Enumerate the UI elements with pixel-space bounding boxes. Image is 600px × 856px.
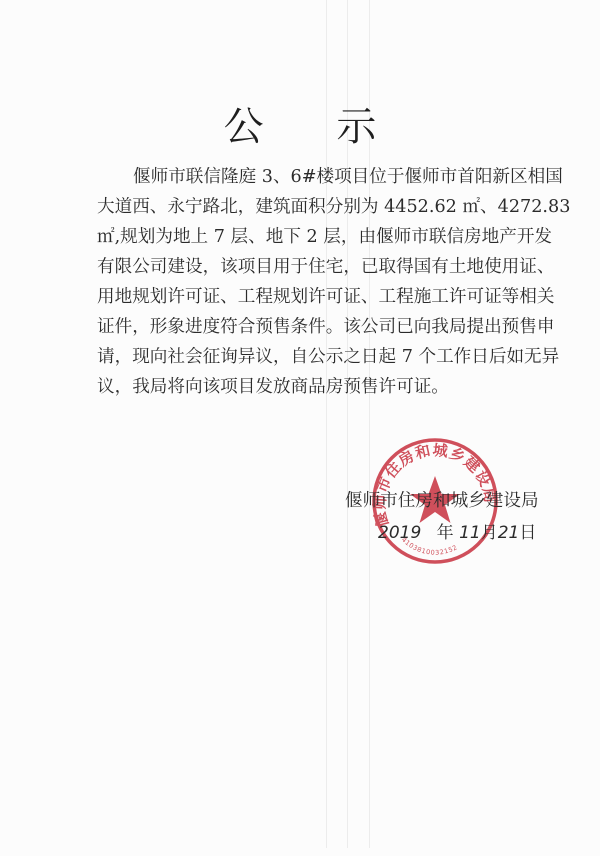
notice-body: 偃师市联信隆庭 3、6#楼项目位于偃师市首阳新区相国 大道西、永宁路北，建筑面积… — [97, 162, 529, 402]
document-page: 公 示 偃师市联信隆庭 3、6#楼项目位于偃师市首阳新区相国 大道西、永宁路北，… — [0, 0, 600, 856]
body-line: 证件，形象进度符合预售条件。该公司已向我局提出预售申 — [97, 312, 529, 342]
body-line: 偃师市联信隆庭 3、6#楼项目位于偃师市首阳新区相国 — [97, 162, 529, 192]
date-year-suffix: 年 — [437, 523, 454, 543]
page-title: 公 示 — [0, 99, 600, 155]
body-line: 大道西、永宁路北，建筑面积分别为 4452.62 ㎡、4272.83 — [97, 192, 529, 222]
issue-date: 2019 年 11月21日 — [378, 518, 536, 548]
date-day-suffix: 日 — [519, 523, 536, 543]
body-line: 议，我局将向该项目发放商品房预售许可证。 — [97, 372, 529, 402]
body-line: 请，现向社会征询异议，自公示之日起 7 个工作日后如无异 — [97, 342, 529, 372]
body-line: ㎡,规划为地上 7 层、地下 2 层，由偃师市联信房地产开发 — [97, 222, 529, 252]
body-line: 用地规划许可证、工程规划许可证、工程施工许可证等相关 — [97, 282, 529, 312]
date-year: 2019 — [378, 523, 421, 543]
issuer-name: 偃师市住房和城乡建设局 — [345, 486, 539, 516]
date-day: 21 — [498, 523, 520, 543]
body-line: 有限公司建设，该项目用于住宅，已取得国有土地使用证、 — [97, 252, 529, 282]
date-month: 11 — [459, 523, 481, 543]
date-month-suffix: 月 — [481, 523, 498, 543]
